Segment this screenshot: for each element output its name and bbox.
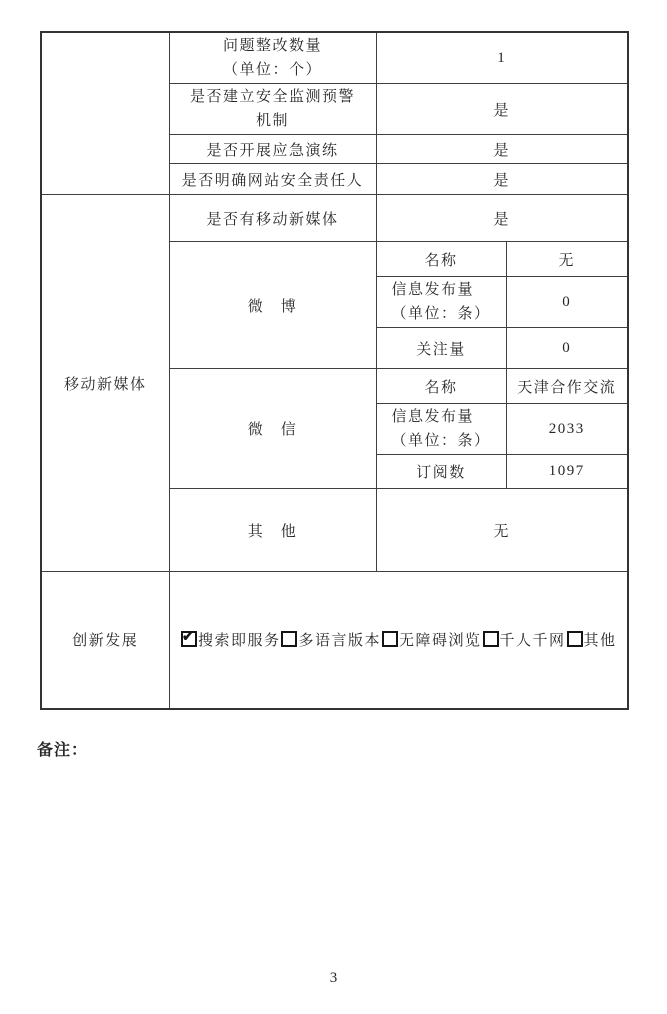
weibo-posts-value: 0 <box>506 277 628 328</box>
innovation-option-label: 其他 <box>584 633 617 649</box>
innovation-option-label: 千人千网 <box>500 633 566 649</box>
innovation-section-header: 创新发展 <box>41 572 169 709</box>
page-number: 3 <box>0 970 667 987</box>
notes-label: 备注： <box>37 737 88 760</box>
innovation-option-label: 多语言版本 <box>298 633 381 649</box>
empty-continuation-cell <box>41 32 169 195</box>
wechat-name-label: 名称 <box>376 369 506 404</box>
innovation-options: 搜索即服务多语言版本无障碍浏览千人千网其他 <box>180 633 617 649</box>
weibo-name-label: 名称 <box>376 242 506 277</box>
checkbox-unchecked-icon[interactable] <box>281 631 297 647</box>
security-officer-label: 是否明确网站安全责任人 <box>169 164 376 195</box>
innovation-option-label: 无障碍浏览 <box>399 633 482 649</box>
weibo-header: 微 博 <box>169 242 376 369</box>
innovation-option-label: 搜索即服务 <box>198 633 281 649</box>
emergency-drill-value: 是 <box>376 135 628 164</box>
wechat-posts-label: 信息发布量 （单位：条） <box>376 404 506 455</box>
weibo-followers-label: 关注量 <box>376 328 506 369</box>
issue-fix-count-label: 问题整改数量 （单位：个） <box>169 32 376 84</box>
wechat-posts-value: 2033 <box>506 404 628 455</box>
mobile-media-section-header: 移动新媒体 <box>41 195 169 572</box>
checkbox-unchecked-icon[interactable] <box>483 631 499 647</box>
annual-report-table: 问题整改数量 （单位：个） 1 是否建立安全监测预警 机制 是 是否开展应急演练… <box>40 31 629 710</box>
report-page: 问题整改数量 （单位：个） 1 是否建立安全监测预警 机制 是 是否开展应急演练… <box>0 0 667 1014</box>
security-officer-value: 是 <box>376 164 628 195</box>
weibo-name-value: 无 <box>506 242 628 277</box>
checkbox-unchecked-icon[interactable] <box>382 631 398 647</box>
wechat-name-value: 天津合作交流 <box>506 369 628 404</box>
other-media-label: 其 他 <box>169 489 376 572</box>
issue-fix-count-value: 1 <box>376 32 628 84</box>
security-monitoring-value: 是 <box>376 84 628 135</box>
has-mobile-media-value: 是 <box>376 195 628 242</box>
wechat-header: 微 信 <box>169 369 376 489</box>
wechat-subscribers-label: 订阅数 <box>376 455 506 489</box>
checkbox-unchecked-icon[interactable] <box>567 631 583 647</box>
other-media-value: 无 <box>376 489 628 572</box>
weibo-posts-label: 信息发布量 （单位：条） <box>376 277 506 328</box>
innovation-options-cell: 搜索即服务多语言版本无障碍浏览千人千网其他 <box>169 572 628 709</box>
wechat-subscribers-value: 1097 <box>506 455 628 489</box>
checkbox-checked-icon[interactable] <box>181 631 197 647</box>
weibo-followers-value: 0 <box>506 328 628 369</box>
has-mobile-media-label: 是否有移动新媒体 <box>169 195 376 242</box>
security-monitoring-label: 是否建立安全监测预警 机制 <box>169 84 376 135</box>
emergency-drill-label: 是否开展应急演练 <box>169 135 376 164</box>
